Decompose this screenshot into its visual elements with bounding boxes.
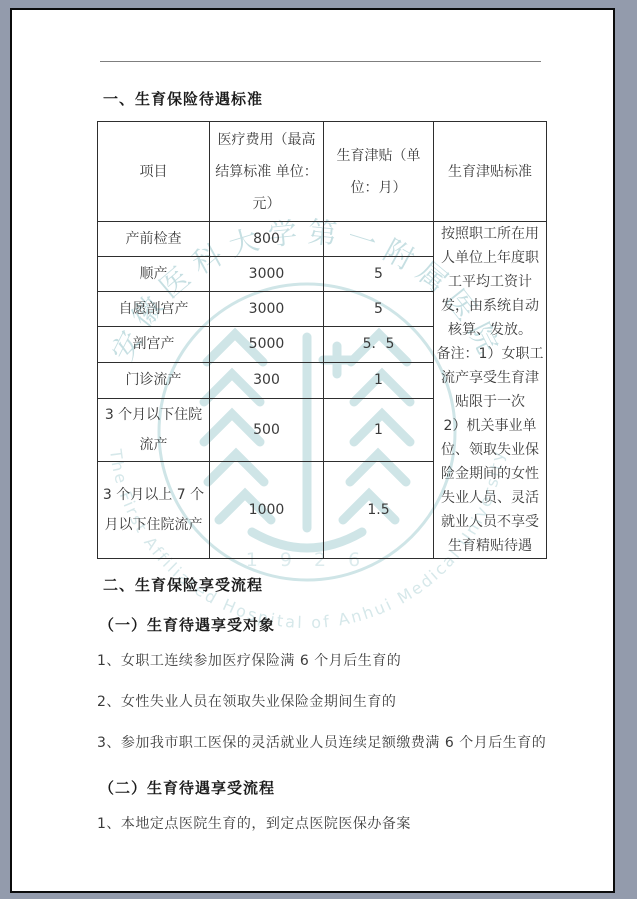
item-cell: 剖宫产 [98, 326, 210, 362]
standard-note-cell: 按照职工所在用人单位上年度职工平均工资计发，由系统自动核算、发放。 备注：1）女… [434, 222, 547, 559]
months-cell: 5．5 [324, 326, 434, 362]
col-header-standard: 生育津贴标准 [434, 122, 547, 222]
fee-cell: 3000 [210, 256, 324, 291]
eligibility-item: 2、女性失业人员在领取失业保险金期间生育的 [97, 687, 551, 718]
item-cell: 产前检查 [98, 222, 210, 257]
eligibility-item: 1、女职工连续参加医疗保险满 6 个月后生育的 [97, 646, 551, 677]
months-cell: 1 [324, 362, 434, 398]
sub1-heading: （一）生育待遇享受对象 [99, 614, 551, 636]
section1-heading: 一、生育保险待遇标准 [103, 88, 551, 110]
item-cell: 顺产 [98, 256, 210, 291]
months-cell [324, 222, 434, 257]
months-cell: 1.5 [324, 462, 434, 559]
standard-note-text: 按照职工所在用人单位上年度职工平均工资计发，由系统自动核算、发放。 [436, 222, 544, 342]
benefits-table: 项目 医疗费用（最高结算标准 单位：元） 生育津贴（单位：月） 生育津贴标准 产… [97, 121, 547, 559]
fee-cell: 1000 [210, 462, 324, 559]
standard-note-remark2: 2）机关事业单位、领取失业保险金期间的女性失业人员、灵活就业人员不享受生育精贴待… [436, 414, 544, 558]
fee-cell: 5000 [210, 326, 324, 362]
item-cell: 门诊流产 [98, 362, 210, 398]
item-cell: 3 个月以下住院流产 [98, 398, 210, 462]
table-row: 产前检查 800 按照职工所在用人单位上年度职工平均工资计发，由系统自动核算、发… [98, 222, 547, 257]
document-page: 1 9 2 6 安徽医科大学第一附属医院 The First Affiliate… [10, 8, 615, 893]
fee-cell: 300 [210, 362, 324, 398]
eligibility-item: 3、参加我市职工医保的灵活就业人员连续足额缴费满 6 个月后生育的 [97, 728, 551, 759]
standard-note-remark1: 备注：1）女职工流产享受生育津贴限于一次 [436, 342, 544, 414]
months-cell: 5 [324, 291, 434, 326]
fee-cell: 800 [210, 222, 324, 257]
item-cell: 自愿剖宫产 [98, 291, 210, 326]
months-cell: 5 [324, 256, 434, 291]
header-rule [100, 61, 541, 62]
fee-cell: 3000 [210, 291, 324, 326]
sub2-heading: （二）生育待遇享受流程 [99, 777, 551, 799]
document-content: 一、生育保险待遇标准 项目 医疗费用（最高结算标准 单位：元） 生育津贴（单位：… [97, 88, 551, 840]
months-cell: 1 [324, 398, 434, 462]
section2-heading: 二、生育保险享受流程 [103, 574, 551, 596]
item-cell: 3 个月以上 7 个月以下住院流产 [98, 462, 210, 559]
table-header-row: 项目 医疗费用（最高结算标准 单位：元） 生育津贴（单位：月） 生育津贴标准 [98, 122, 547, 222]
col-header-months: 生育津贴（单位：月） [324, 122, 434, 222]
col-header-item: 项目 [98, 122, 210, 222]
fee-cell: 500 [210, 398, 324, 462]
col-header-fee: 医疗费用（最高结算标准 单位：元） [210, 122, 324, 222]
process-item: 1、本地定点医院生育的，到定点医院医保办备案 [97, 809, 551, 840]
